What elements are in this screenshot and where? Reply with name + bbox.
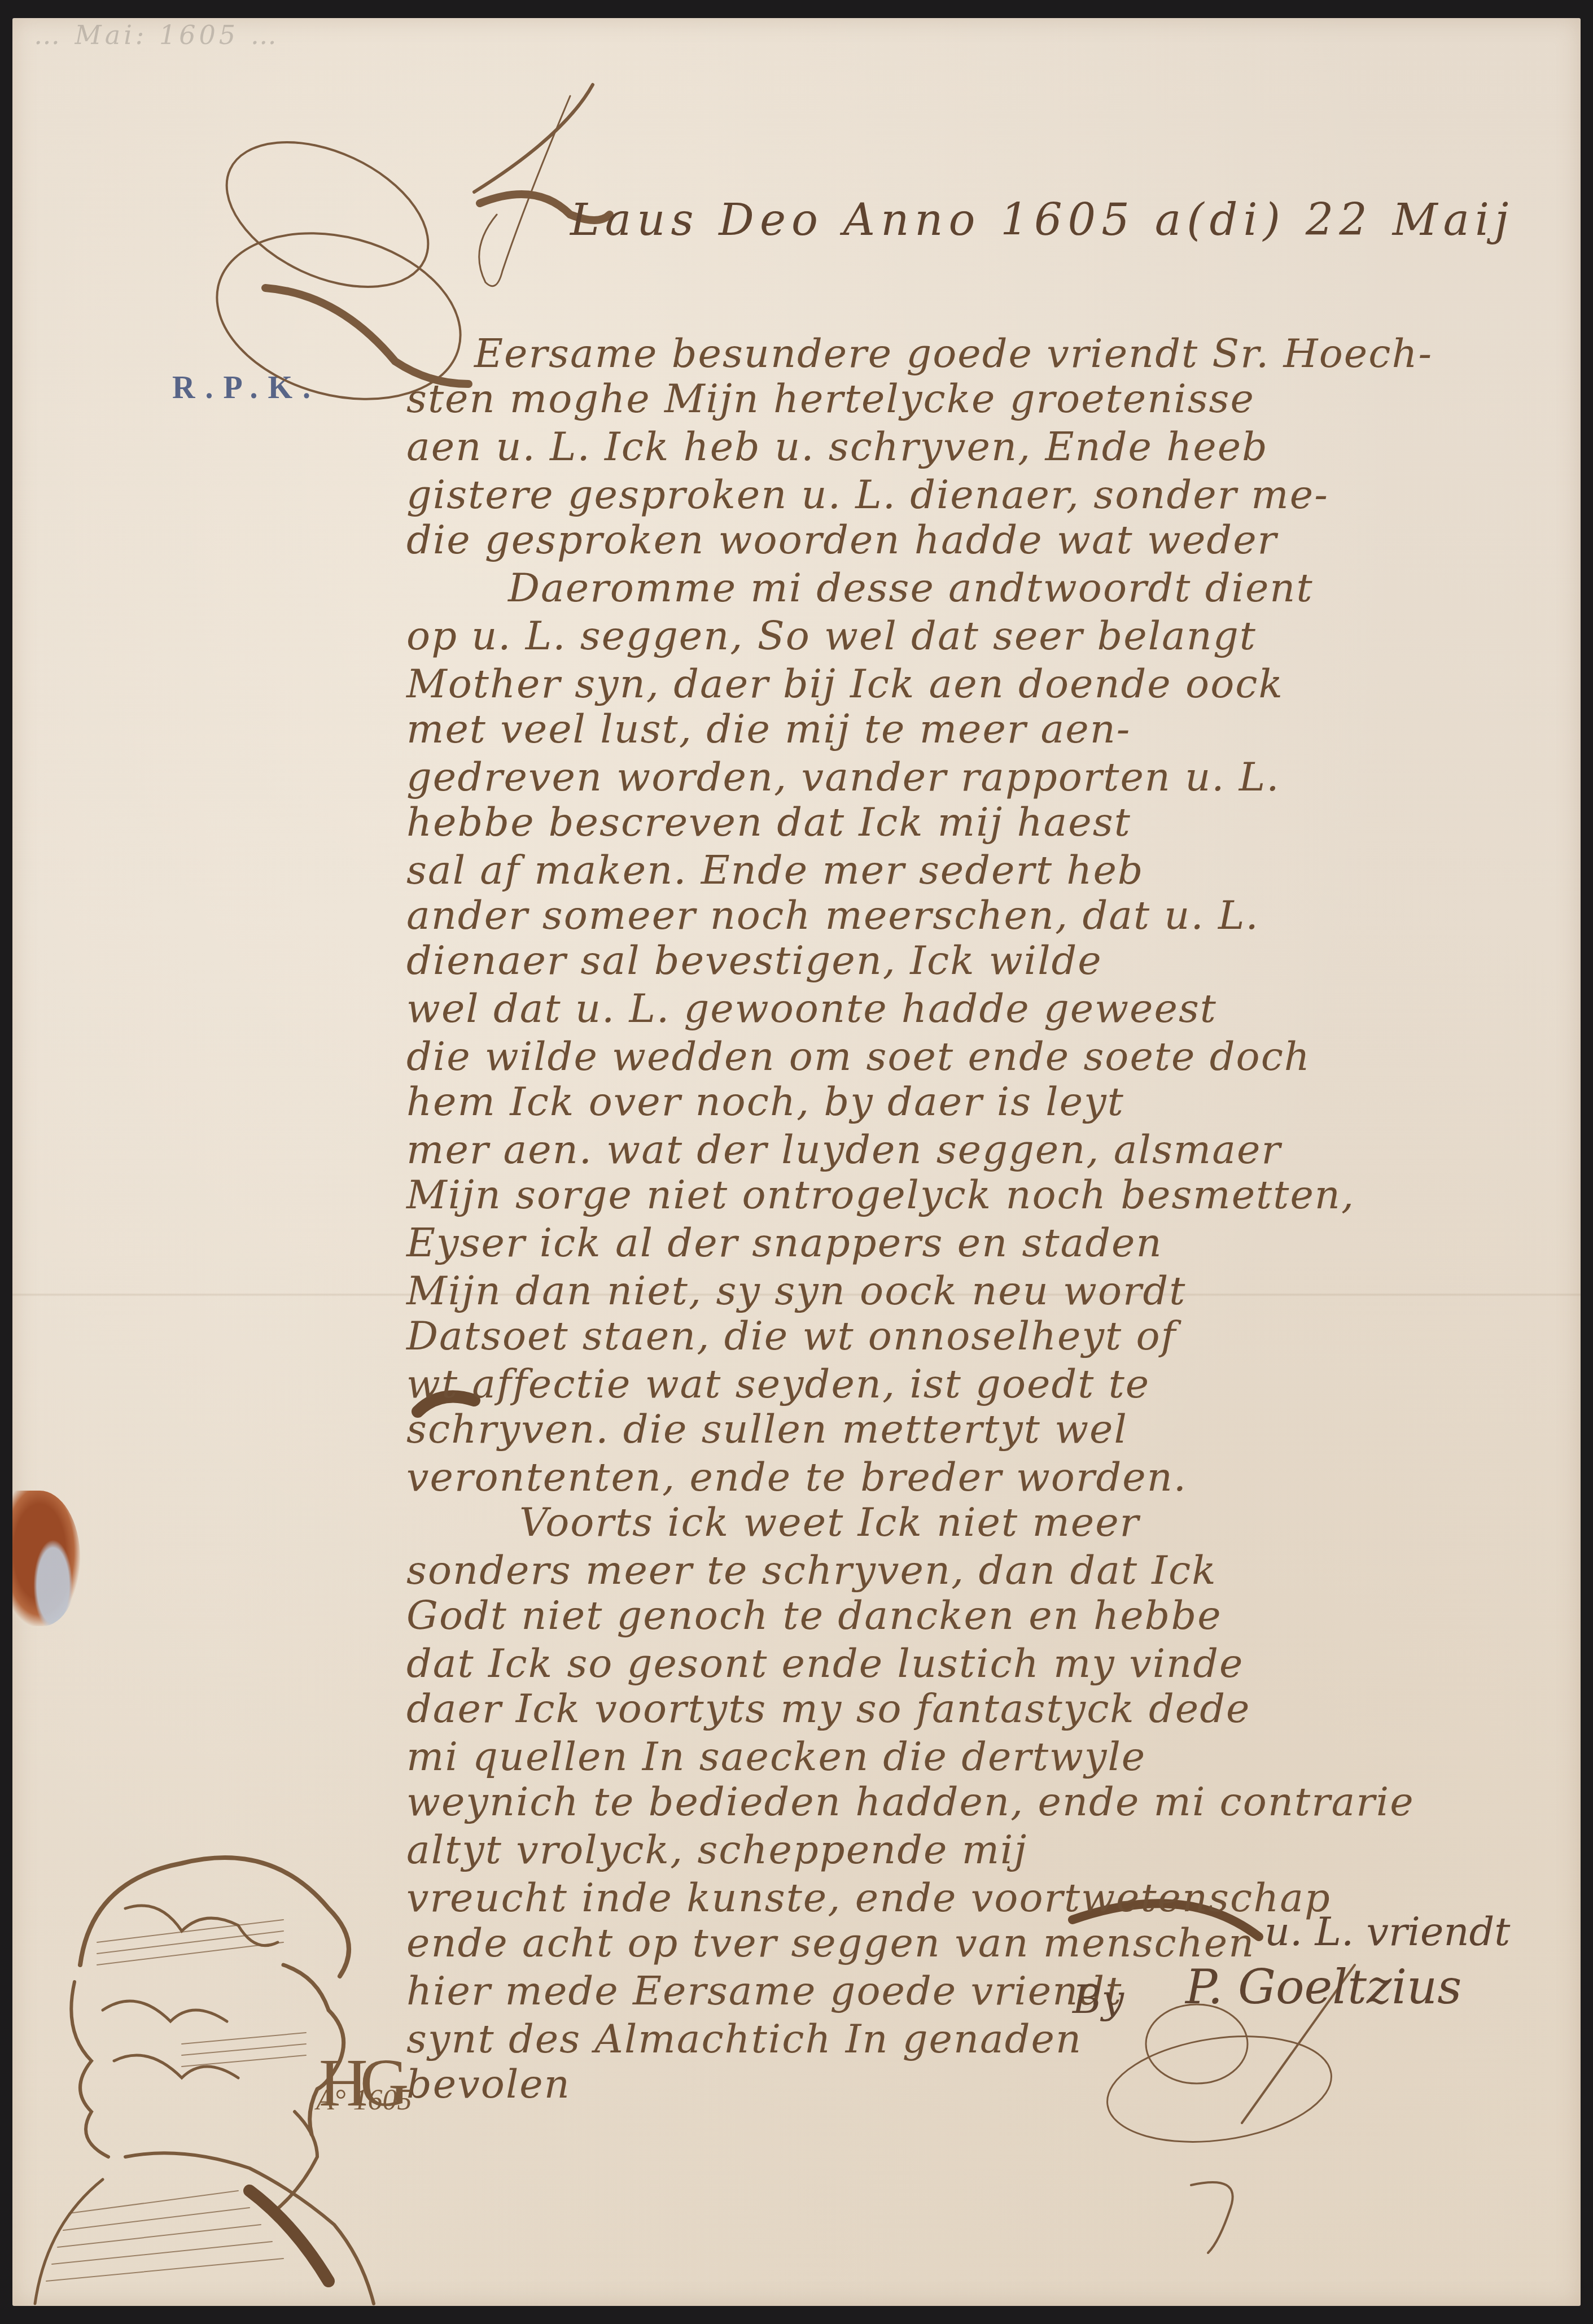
letter-line: Mijn dan niet, sy syn oock neu wordt (406, 1268, 1187, 1314)
letter-line: hem Ick over noch, by daer is leyt (406, 1078, 1124, 1125)
letter-line: sal af maken. Ende mer sedert heb (406, 847, 1144, 893)
letter-line: dienaer sal bevestigen, Ick wilde (406, 937, 1102, 984)
letter-line: schryven. die sullen mettertyt wel (406, 1406, 1128, 1452)
letter-line: gedreven worden, vander rapporten u. L. (406, 754, 1280, 800)
letter-line: dat Ick so gesont ende lustich my vinde (406, 1640, 1244, 1687)
letter-line: ander someer noch meerschen, dat u. L. (406, 892, 1259, 938)
drawing-date: A° 1605 (316, 2083, 412, 2117)
letter-line: ende acht op tver seggen van menschen (406, 1920, 1255, 1966)
letter-line: Datsoet staen, die wt onnoselheyt of (406, 1313, 1177, 1359)
letter-line: sten moghe Mijn hertelycke groetenisse (406, 375, 1255, 422)
letter-line: wt affectie wat seyden, ist goedt te (406, 1361, 1150, 1407)
letter-line: altyt vrolyck, scheppende mij (406, 1827, 1027, 1873)
letter-line: hebbe bescreven dat Ick mij haest (406, 799, 1131, 845)
letter-line: synt des Almachtich In genaden (406, 2016, 1082, 2062)
letter-line: mi quellen In saecken die dertwyle (406, 1733, 1146, 1780)
letter-line: sonders meer te schryven, dan dat Ick (406, 1547, 1217, 1593)
signature-line-1: u. L. vriendt (1264, 1908, 1510, 1955)
signature-line-2: P. Goeltzius (1185, 1959, 1461, 2015)
letter-line: Daeromme mi desse andtwoordt dient (508, 565, 1314, 611)
letter-line: Godt niet genoch te dancken en hebbe (406, 1592, 1222, 1639)
letter-line: Mother syn, daer bij Ick aen doende oock (406, 661, 1284, 707)
letter-line: daer Ick voortyts my so fantastyck dede (406, 1685, 1251, 1732)
letter-line: wel dat u. L. gewoonte hadde geweest (406, 985, 1217, 1032)
letter-line: Voorts ick weet Ick niet meer (519, 1499, 1140, 1545)
letter-line: met veel lust, die mij te meer aen- (406, 706, 1131, 752)
letter-line: die gesproken woorden hadde wat weder (406, 517, 1277, 563)
letter-line: hier mede Eersame goede vriendt (406, 1968, 1122, 2014)
letter-line: gistere gesproken u. L. dienaer, sonder … (406, 471, 1329, 518)
letter-line: Mijn sorge niet ontrogelyck noch besmett… (406, 1172, 1355, 1218)
letter-line: die wilde wedden om soet ende soete doch (406, 1033, 1311, 1080)
letter-line: Eersame besundere goede vriendt Sr. Hoec… (474, 330, 1433, 377)
letter-line: Eyser ick al der snappers en staden (406, 1220, 1163, 1266)
letter-line: op u. L. seggen, So wel dat seer belangt (406, 613, 1257, 659)
letter-line: mer aen. wat der luyden seggen, alsmaer (406, 1126, 1281, 1173)
letter-line: verontenten, ende te breder worden. (406, 1454, 1187, 1500)
letter-line: weynich te bedieden hadden, ende mi cont… (406, 1779, 1415, 1825)
letter-line: vreucht inde kunste, ende voortwetenscha… (406, 1875, 1331, 1921)
letter-line: aen u. L. Ick heb u. schryven, Ende heeb (406, 423, 1268, 470)
closing-salutation: By (1073, 1976, 1124, 2022)
